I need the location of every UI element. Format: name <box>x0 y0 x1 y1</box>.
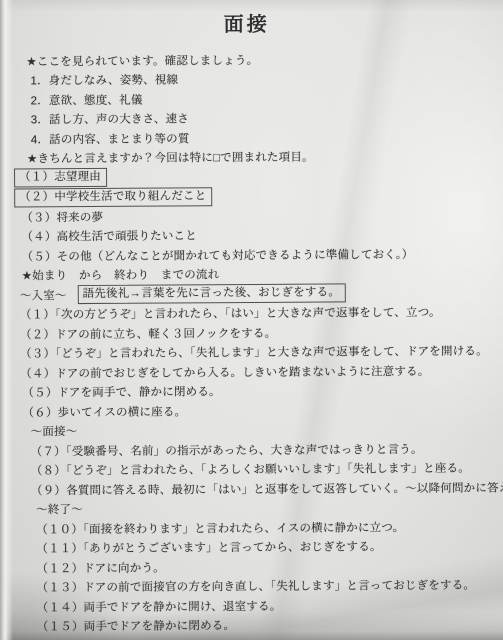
page-title: 面接 <box>0 10 498 39</box>
boxed-topic-junior-high-efforts: （２）中学校生活で取り組んだこと <box>14 187 212 207</box>
closing-step-15: （１５）両手でドアを静かに閉める。 <box>4 614 503 637</box>
document-content: 面接 ★ここを見られています。確認しましょう。 1．身だしなみ、姿勢、視線 2．… <box>0 0 503 637</box>
photographed-paper-background: { "colors": { "paper": "#e3e3e1", "text"… <box>0 0 503 640</box>
entry-section-label: ～入室～ <box>20 287 67 303</box>
entry-gosengorei-note: 語先後礼→言葉を先に言った後、おじぎをする。 <box>78 284 347 305</box>
boxed-topic-motivation: （１）志望理由 <box>14 168 107 188</box>
